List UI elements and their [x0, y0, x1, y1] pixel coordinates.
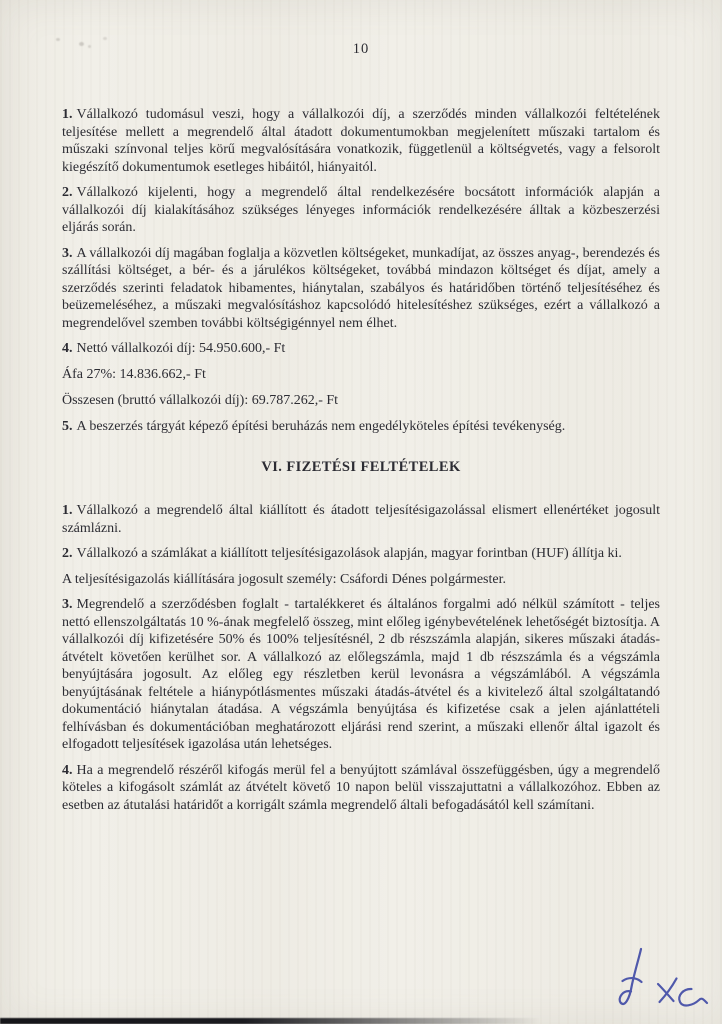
clause-number: 4. — [62, 341, 77, 356]
ink-speck — [56, 38, 60, 41]
contract-fee-paragraph-5: 5.A beszerzés tárgyát képező építési ber… — [62, 418, 660, 436]
clause-text: Vállalkozó tudomásul veszi, hogy a válla… — [62, 107, 660, 175]
clause-text: Ha a megrendelő részéről kifogás merül f… — [62, 763, 660, 813]
clause-number: 3. — [62, 597, 77, 612]
gross-total-value: Összesen (bruttó vállalkozói díj): 69.78… — [62, 393, 338, 408]
vat-value: Áfa 27%: 14.836.662,- Ft — [62, 367, 206, 382]
clause-text: Vállalkozó a számlákat a kiállított telj… — [77, 546, 622, 561]
clause-number: 5. — [62, 419, 77, 434]
clause-number: 1. — [62, 503, 77, 518]
authorized-person-line: A teljesítésigazolás kiállítására jogosu… — [62, 571, 660, 589]
authorized-person-text: A teljesítésigazolás kiállítására jogosu… — [62, 572, 506, 587]
scanned-contract-page: 10 1.Vállalkozó tudomásul veszi, hogy a … — [0, 0, 722, 1024]
section-heading-payment-terms: VI. FIZETÉSI FELTÉTELEK — [62, 458, 660, 476]
clause-number: 4. — [62, 763, 77, 778]
gross-total-line: Összesen (bruttó vállalkozói díj): 69.78… — [62, 392, 660, 410]
document-body: 10 1.Vállalkozó tudomásul veszi, hogy a … — [62, 40, 660, 822]
clause-number: 2. — [62, 546, 77, 561]
contract-fee-paragraph-2: 2.Vállalkozó kijelenti, hogy a megrendel… — [62, 184, 660, 237]
clause-text: Megrendelő a szerződésben foglalt - tart… — [62, 597, 660, 752]
clause-number: 2. — [62, 185, 77, 200]
clause-text: Vállalkozó a megrendelő által kiállított… — [62, 503, 660, 536]
contract-fee-paragraph-3: 3.A vállalkozói díj magában foglalja a k… — [62, 245, 660, 333]
scan-edge-artifact — [0, 1018, 540, 1024]
net-fee-value: Nettó vállalkozói díj: 54.950.600,- Ft — [77, 341, 286, 356]
clause-text: A vállalkozói díj magában foglalja a köz… — [62, 246, 660, 331]
clause-text: Vállalkozó kijelenti, hogy a megrendelő … — [62, 185, 660, 235]
payment-paragraph-2: 2.Vállalkozó a számlákat a kiállított te… — [62, 545, 660, 563]
contract-fee-paragraph-1: 1.Vállalkozó tudomásul veszi, hogy a vál… — [62, 106, 660, 176]
clause-number: 1. — [62, 107, 77, 122]
payment-paragraph-1: 1.Vállalkozó a megrendelő által kiállíto… — [62, 502, 660, 537]
payment-paragraph-3: 3.Megrendelő a szerződésben foglalt - ta… — [62, 596, 660, 754]
clause-number: 3. — [62, 246, 77, 261]
clause-text: A beszerzés tárgyát képező építési beruh… — [77, 419, 566, 434]
net-fee-line: 4.Nettó vállalkozói díj: 54.950.600,- Ft — [62, 340, 660, 358]
vat-line: Áfa 27%: 14.836.662,- Ft — [62, 366, 660, 384]
payment-paragraph-4: 4.Ha a megrendelő részéről kifogás merül… — [62, 762, 660, 815]
page-number: 10 — [62, 40, 660, 58]
